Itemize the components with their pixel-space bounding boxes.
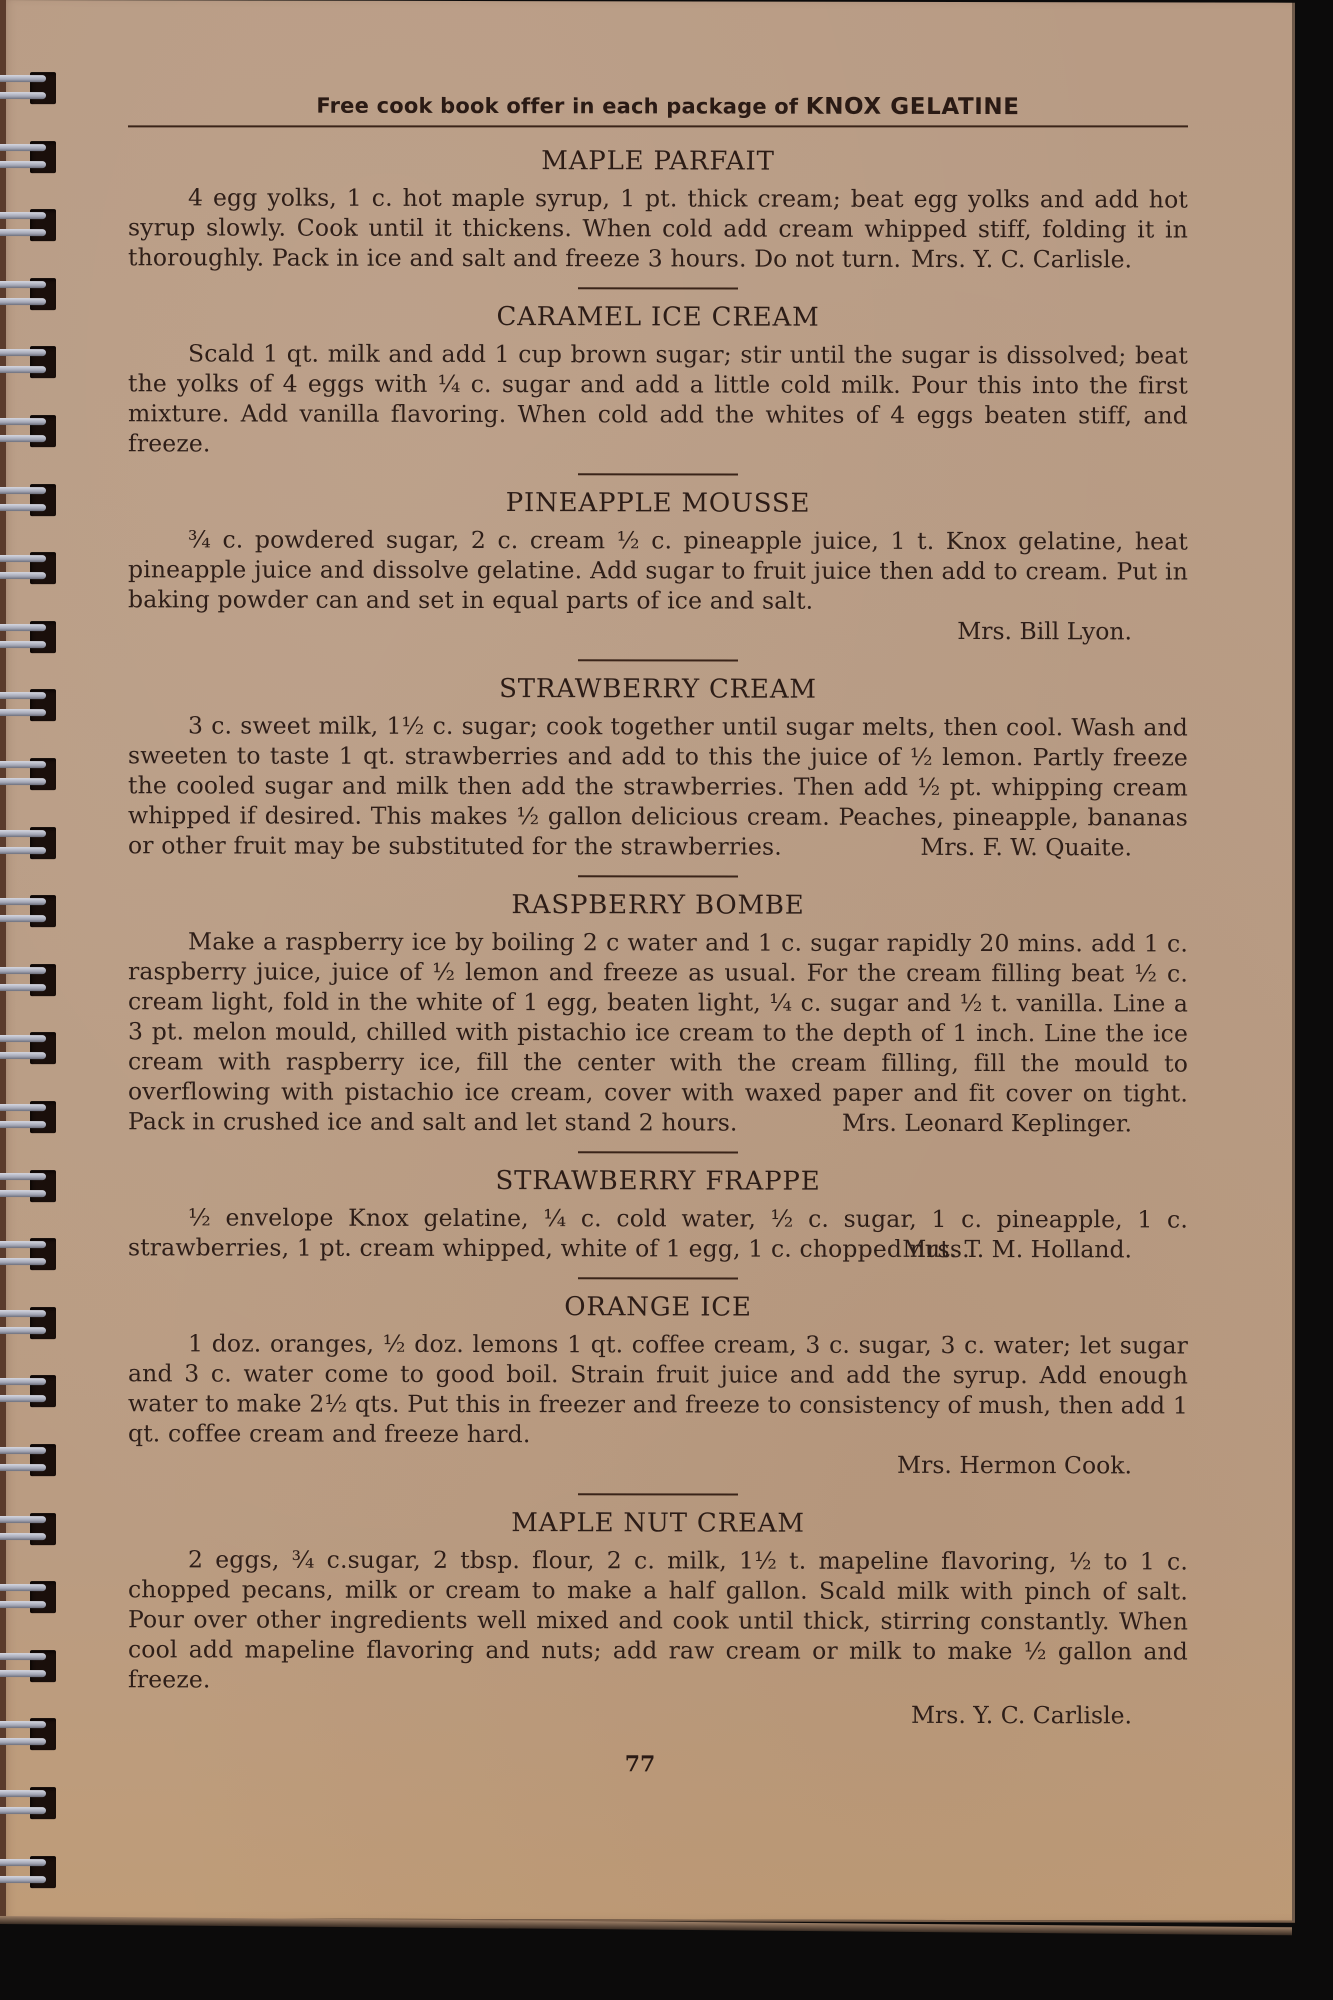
recipe-body: 1 doz. oranges, ½ doz. lemons 1 qt. coff… <box>128 1328 1188 1450</box>
binding-ring-icon <box>0 621 62 659</box>
recipe-author: Mrs. Y. C. Carlisle. <box>128 242 1188 274</box>
binding-ring-icon <box>0 827 62 865</box>
recipe-strawberry-cream: STRAWBERRY CREAM 3 c. sweet milk, 1½ c. … <box>128 672 1188 862</box>
binding-ring-icon <box>0 1375 62 1413</box>
header-rule <box>128 125 1188 127</box>
recipe-author: Mrs. Bill Lyon. <box>128 614 1188 646</box>
recipe-title: STRAWBERRY CREAM <box>128 672 1188 706</box>
binding-wire <box>0 1327 46 1334</box>
binding-wire <box>0 92 46 99</box>
page-content: Free cook book offer in each package of … <box>128 90 1188 1778</box>
binding-wire <box>0 1876 46 1883</box>
binding-wire <box>0 984 46 991</box>
spiral-binding <box>0 0 70 1918</box>
binding-wire <box>0 1310 46 1317</box>
binding-wire <box>0 1190 46 1197</box>
binding-wire <box>0 1052 46 1059</box>
binding-wire <box>0 1104 46 1111</box>
recipe-title: RASPBERRY BOMBE <box>128 888 1188 922</box>
binding-ring-icon <box>0 895 62 933</box>
binding-ring-icon <box>0 209 62 247</box>
binding-wire <box>0 1395 46 1402</box>
binding-ring-icon <box>0 1650 62 1688</box>
recipe-body: ¾ c. powdered sugar, 2 c. cream ½ c. pin… <box>128 524 1188 616</box>
binding-wire <box>0 915 46 922</box>
binding-wire <box>0 487 46 494</box>
recipe-body: Scald 1 qt. milk and add 1 cup brown sug… <box>128 338 1188 460</box>
binding-wire <box>0 349 46 356</box>
recipe-title: PINEAPPLE MOUSSE <box>128 486 1188 520</box>
binding-wire <box>0 1258 46 1265</box>
binding-wire <box>0 1790 46 1797</box>
binding-wire <box>0 212 46 219</box>
binding-ring-icon <box>0 1513 62 1551</box>
binding-wire <box>0 641 46 648</box>
binding-ring-icon <box>0 484 62 522</box>
binding-wire <box>0 161 46 168</box>
binding-wire <box>0 692 46 699</box>
binding-wire <box>0 1721 46 1728</box>
binding-ring-icon <box>0 72 62 110</box>
binding-ring-icon <box>0 1307 62 1345</box>
binding-wire <box>0 1121 46 1128</box>
binding-wire <box>0 1807 46 1814</box>
binding-ring-icon <box>0 1787 62 1825</box>
binding-wire <box>0 229 46 236</box>
binding-wire <box>0 1447 46 1454</box>
binding-wire <box>0 281 46 288</box>
binding-ring-icon <box>0 141 62 179</box>
binding-wire <box>0 435 46 442</box>
binding-wire <box>0 898 46 905</box>
binding-wire <box>0 1533 46 1540</box>
page-number: 77 <box>128 1750 1188 1778</box>
recipe-orange-ice: ORANGE ICE 1 doz. oranges, ½ doz. lemons… <box>128 1290 1188 1480</box>
binding-wire <box>0 1601 46 1608</box>
binding-ring-icon <box>0 415 62 453</box>
binding-wire <box>0 1859 46 1866</box>
binding-wire <box>0 761 46 768</box>
binding-wire <box>0 1653 46 1660</box>
binding-wire <box>0 967 46 974</box>
binding-wire <box>0 572 46 579</box>
binding-ring-icon <box>0 1101 62 1139</box>
binding-wire <box>0 366 46 373</box>
binding-ring-icon <box>0 552 62 590</box>
binding-ring-icon <box>0 689 62 727</box>
recipe-author: Mrs. T. M. Holland. <box>128 1232 1188 1264</box>
recipe-body: 2 eggs, ¾ c.sugar, 2 tbsp. flour, 2 c. m… <box>128 1544 1188 1696</box>
binding-wire <box>0 1378 46 1385</box>
binding-ring-icon <box>0 278 62 316</box>
binding-wire <box>0 1584 46 1591</box>
recipe-author: Mrs. Hermon Cook. <box>128 1448 1188 1480</box>
recipe-divider <box>578 875 738 877</box>
binding-wire <box>0 709 46 716</box>
binding-ring-icon <box>0 1170 62 1208</box>
recipe-maple-parfait: MAPLE PARFAIT 4 egg yolks, 1 c. hot mapl… <box>128 144 1188 274</box>
running-head-text: Free cook book offer in each package of <box>316 94 805 119</box>
binding-wire <box>0 624 46 631</box>
binding-wire <box>0 555 46 562</box>
recipe-title: STRAWBERRY FRAPPE <box>128 1164 1188 1198</box>
recipe-author: Mrs. Y. C. Carlisle. <box>128 1698 1188 1730</box>
binding-wire <box>0 1670 46 1677</box>
recipe-caramel-ice-cream: CARAMEL ICE CREAM Scald 1 qt. milk and a… <box>128 300 1188 460</box>
cookbook-page: Free cook book offer in each package of … <box>0 0 1295 1923</box>
recipe-title: MAPLE PARFAIT <box>128 144 1188 178</box>
binding-wire <box>0 75 46 82</box>
recipe-title: ORANGE ICE <box>128 1290 1188 1324</box>
binding-wire <box>0 1738 46 1745</box>
recipe-divider <box>578 1277 738 1279</box>
binding-ring-icon <box>0 964 62 1002</box>
binding-wire <box>0 1464 46 1471</box>
binding-wire <box>0 418 46 425</box>
binding-wire <box>0 830 46 837</box>
recipe-author: Mrs. F. W. Quaite. <box>128 830 1188 862</box>
binding-wire <box>0 298 46 305</box>
binding-wire <box>0 1173 46 1180</box>
binding-ring-icon <box>0 1444 62 1482</box>
recipe-divider <box>578 1493 738 1495</box>
recipe-strawberry-frappe: STRAWBERRY FRAPPE ½ envelope Knox gelati… <box>128 1164 1188 1264</box>
recipe-divider <box>578 473 738 475</box>
binding-wire <box>0 504 46 511</box>
recipe-title: CARAMEL ICE CREAM <box>128 300 1188 334</box>
recipe-divider <box>578 287 738 289</box>
binding-ring-icon <box>0 758 62 796</box>
recipe-divider <box>578 659 738 661</box>
binding-ring-icon <box>0 1032 62 1070</box>
binding-ring-icon <box>0 346 62 384</box>
binding-ring-icon <box>0 1581 62 1619</box>
binding-wire <box>0 1516 46 1523</box>
binding-wire <box>0 847 46 854</box>
recipe-raspberry-bombe: RASPBERRY BOMBE Make a raspberry ice by … <box>128 888 1188 1138</box>
recipe-title: MAPLE NUT CREAM <box>128 1506 1188 1540</box>
recipe-maple-nut-cream: MAPLE NUT CREAM 2 eggs, ¾ c.sugar, 2 tbs… <box>128 1506 1188 1730</box>
binding-ring-icon <box>0 1856 62 1894</box>
recipe-divider <box>578 1151 738 1153</box>
binding-wire <box>0 778 46 785</box>
running-head: Free cook book offer in each package of … <box>128 92 1188 120</box>
binding-ring-icon <box>0 1238 62 1276</box>
binding-ring-icon <box>0 1718 62 1756</box>
binding-wire <box>0 1241 46 1248</box>
running-head-brand: KNOX GELATINE <box>806 94 1020 120</box>
binding-wire <box>0 144 46 151</box>
recipe-pineapple-mousse: PINEAPPLE MOUSSE ¾ c. powdered sugar, 2 … <box>128 486 1188 646</box>
binding-wire <box>0 1035 46 1042</box>
recipe-author: Mrs. Leonard Keplinger. <box>128 1106 1188 1138</box>
